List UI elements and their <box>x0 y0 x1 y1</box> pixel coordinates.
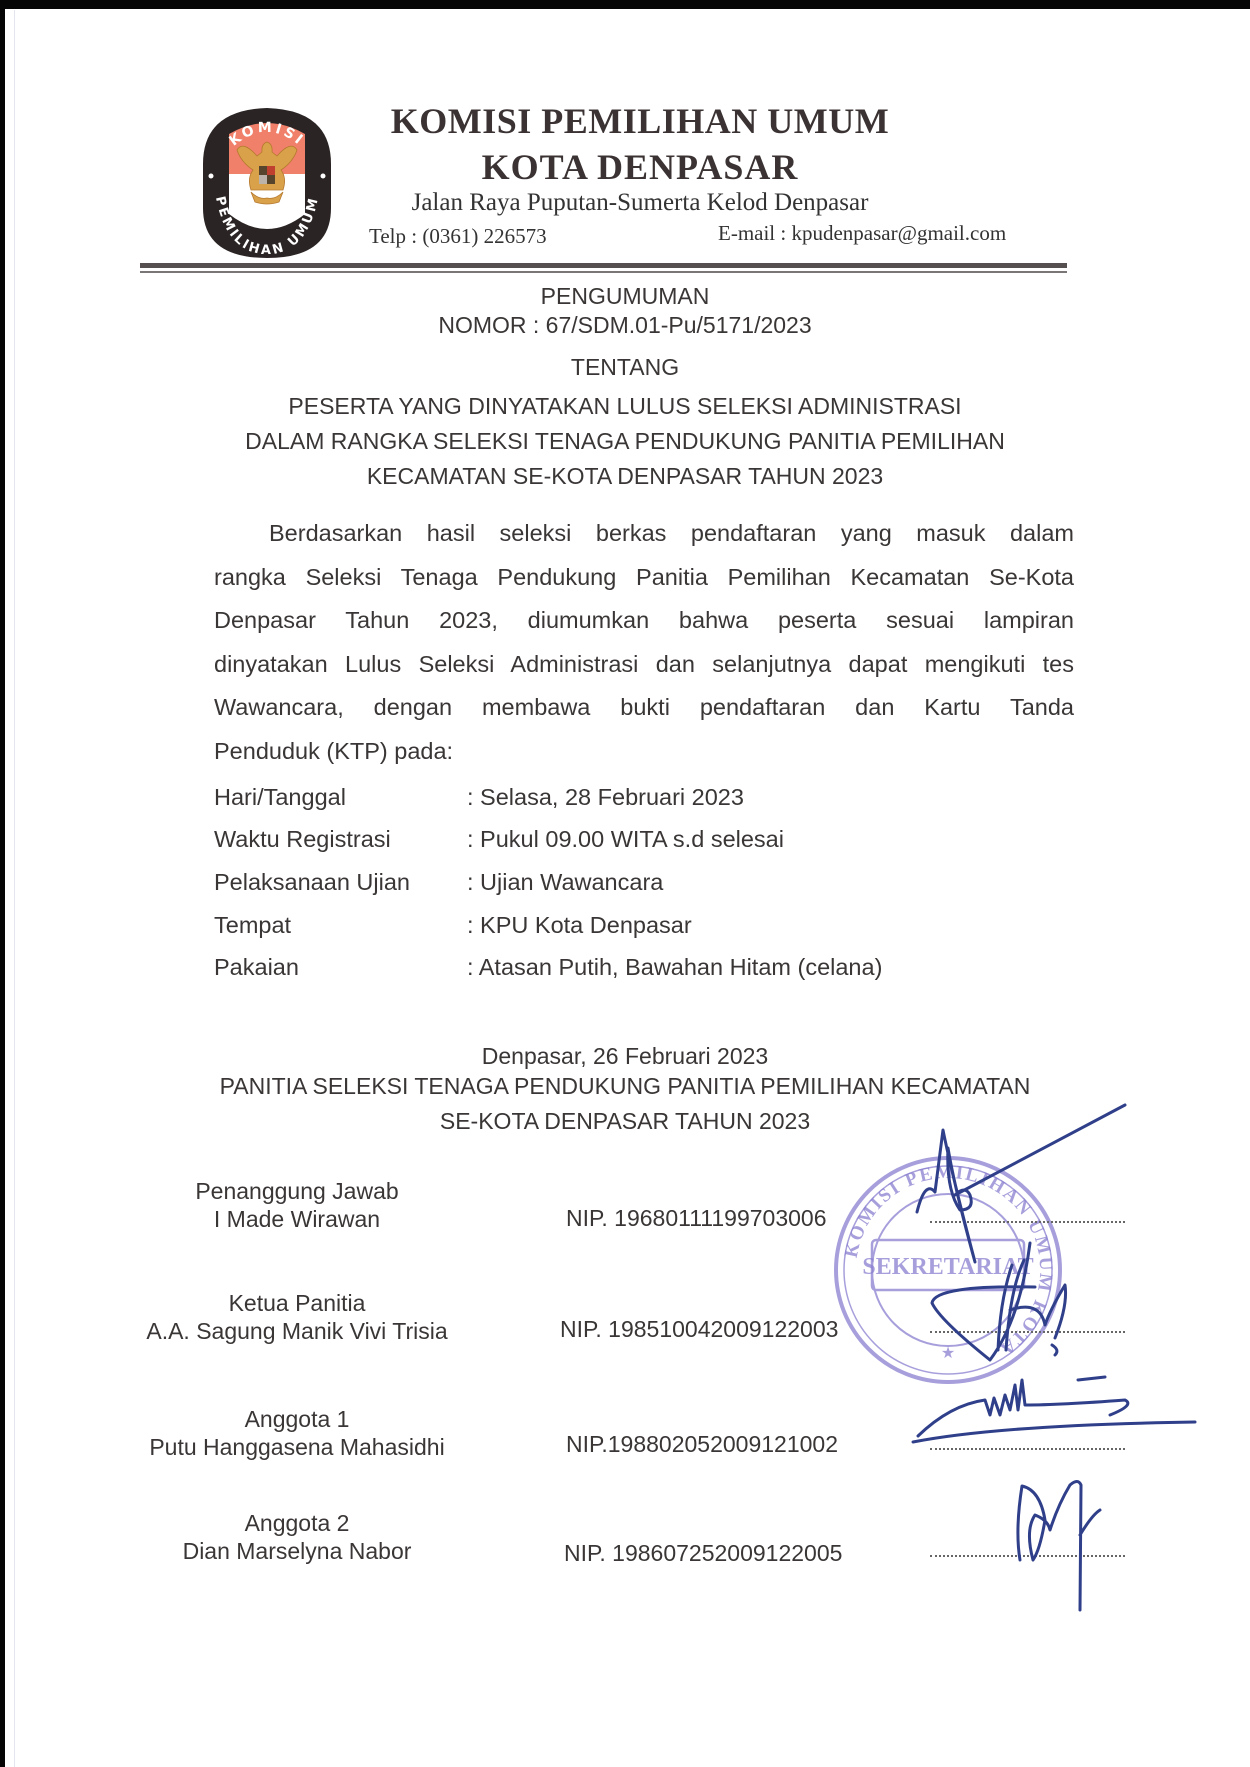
committee-name: PANITIA SELEKSI TENAGA PENDUKUNG PANITIA… <box>0 1073 1250 1100</box>
institution-address: Jalan Raya Puputan-Sumerta Kelod Denpasa… <box>330 189 950 217</box>
paragraph-line: Berdasarkan hasil seleksi berkas pendaft… <box>214 512 1074 556</box>
signatory-name: Putu Hanggasena Mahasidhi <box>117 1433 477 1461</box>
detail-value: : Ujian Wawancara <box>467 869 663 896</box>
detail-label: Pelaksanaan Ujian <box>214 869 410 896</box>
detail-label: Pakaian <box>214 954 299 981</box>
paragraph-line: Denpasar Tahun 2023, diumumkan bahwa pes… <box>214 599 1074 643</box>
signatory-nip: NIP. 198510042009122003 <box>560 1316 838 1343</box>
letterhead-divider-thick <box>140 263 1067 268</box>
detail-value: : Selasa, 28 Februari 2023 <box>467 784 744 811</box>
document-subject-line: PESERTA YANG DINYATAKAN LULUS SELEKSI AD… <box>0 393 1250 420</box>
document-about-label: TENTANG <box>0 354 1250 381</box>
document-subject-line: KECAMATAN SE-KOTA DENPASAR TAHUN 2023 <box>0 463 1250 490</box>
detail-label: Waktu Registrasi <box>214 826 391 853</box>
place-date: Denpasar, 26 Februari 2023 <box>0 1043 1250 1070</box>
scan-border-left <box>0 0 5 1767</box>
signatory-name: A.A. Sagung Manik Vivi Trisia <box>117 1317 477 1345</box>
detail-label: Tempat <box>214 912 291 939</box>
signatory-name: Dian Marselyna Nabor <box>117 1537 477 1565</box>
document-number: NOMOR : 67/SDM.01-Pu/5171/2023 <box>0 312 1250 339</box>
document-type: PENGUMUMAN <box>0 283 1250 310</box>
institution-city: KOTA DENPASAR <box>330 146 950 188</box>
signatory-nip: NIP. 19680111199703006 <box>566 1205 827 1232</box>
paragraph-line: dinyatakan Lulus Seleksi Administrasi da… <box>214 643 1074 687</box>
detail-value: : KPU Kota Denpasar <box>467 912 692 939</box>
signatory-role: Anggota 1 <box>117 1405 477 1433</box>
signature-4-icon <box>1018 1482 1100 1611</box>
signature-line <box>930 1221 1125 1223</box>
official-stamp-icon: KOMISI PEMILIHAN UMUM KOTA SEKRETARIAT ★ <box>828 1150 1068 1390</box>
document-subject-line: DALAM RANGKA SELEKSI TENAGA PENDUKUNG PA… <box>0 428 1250 455</box>
signatory-anggota-1: Anggota 1 Putu Hanggasena Mahasidhi <box>117 1405 477 1461</box>
signatory-role: Ketua Panitia <box>117 1289 477 1317</box>
letterhead-divider-thin <box>140 271 1067 273</box>
paragraph-line: Penduduk (KTP) pada: <box>214 730 1074 774</box>
scan-border-top <box>0 0 1250 9</box>
signature-line <box>930 1555 1125 1557</box>
signatory-nip: NIP.198802052009121002 <box>566 1431 838 1458</box>
signatory-name: I Made Wirawan <box>117 1205 477 1233</box>
committee-name: SE-KOTA DENPASAR TAHUN 2023 <box>0 1108 1250 1135</box>
paragraph-line: Wawancara, dengan membawa bukti pendafta… <box>214 686 1074 730</box>
signatory-nip: NIP. 198607252009122005 <box>564 1540 842 1567</box>
detail-value: : Atasan Putih, Bawahan Hitam (celana) <box>467 954 882 981</box>
signatory-penanggung-jawab: Penanggung Jawab I Made Wirawan <box>117 1177 477 1233</box>
detail-value: : Pukul 09.00 WITA s.d selesai <box>467 826 784 853</box>
kpu-emblem-icon: KOMISI PEMILIHAN UMUM <box>199 104 335 260</box>
signatory-role: Penanggung Jawab <box>117 1177 477 1205</box>
signature-line <box>930 1448 1125 1450</box>
institution-name: KOMISI PEMILIHAN UMUM <box>330 100 950 142</box>
institution-email: E-mail : kpudenpasar@gmail.com <box>718 221 1006 246</box>
institution-phone: Telp : (0361) 226573 <box>369 224 547 249</box>
signatory-anggota-2: Anggota 2 Dian Marselyna Nabor <box>117 1509 477 1565</box>
detail-label: Hari/Tanggal <box>214 784 346 811</box>
signatory-role: Anggota 2 <box>117 1509 477 1537</box>
signature-line <box>930 1331 1125 1333</box>
svg-text:★: ★ <box>941 1345 955 1362</box>
announcement-paragraph: Berdasarkan hasil seleksi berkas pendaft… <box>214 512 1074 773</box>
signatory-ketua-panitia: Ketua Panitia A.A. Sagung Manik Vivi Tri… <box>117 1289 477 1345</box>
scan-edge-line <box>14 10 15 1767</box>
paragraph-line: rangka Seleksi Tenaga Pendukung Panitia … <box>214 556 1074 600</box>
svg-text:SEKRETARIAT: SEKRETARIAT <box>862 1254 1033 1280</box>
